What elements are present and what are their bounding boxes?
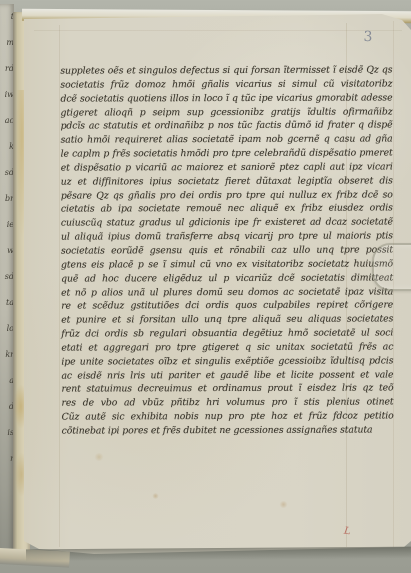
foxing-spot — [94, 453, 104, 461]
text-line: societatis eorũdẽ gsensu quis et rõnabil… — [61, 243, 393, 258]
text-line: gtigeret alioqñ p seipm sup gcessionibz … — [60, 105, 392, 120]
red-mark: L — [343, 526, 351, 538]
facing-page-edge: tmrdiwacksdbriewsdtalokradisr — [0, 4, 14, 556]
manuscript-page: 3 suppletes oẽs et singulos defectus si … — [24, 13, 411, 555]
text-block: suppletes oẽs et singulos defectus si qu… — [60, 63, 393, 438]
text-line: pdcĩs ac statutis et ordinañibz p nos tũ… — [61, 119, 393, 134]
text-line: et punire et si forsitan ullo unq tpre a… — [61, 313, 393, 328]
text-line: ul aliquã ipius domũ trañsferre absq vic… — [61, 230, 393, 245]
manuscript-photo: tmrdiwacksdbriewsdtalokradisr 3 supplete… — [0, 0, 411, 573]
text-line: pẽsare Qz qs gñalis pro dei ordis pro tp… — [61, 188, 393, 203]
text-line: ac eisdẽ nris lris uti pariter et gaudẽ … — [61, 368, 393, 383]
foxing-spot — [152, 493, 159, 499]
text-line: cuiuscũq statuz gradus ul gdicionis ipe … — [61, 216, 393, 231]
text-line: satio hmõi requireret alias societatẽ ip… — [61, 133, 393, 148]
folio-number: 3 — [358, 29, 379, 46]
text-line: dcẽ societatis quotiens illos in loco ĩ … — [60, 91, 392, 106]
text-line: ipe unite societates oĩbz et singulis ex… — [61, 354, 393, 369]
text-line: res de vbo ad vbũz pñtibz hri volumus pr… — [62, 396, 394, 411]
text-line: suppletes oẽs et singulos defectus si qu… — [60, 63, 392, 78]
foxing-spot — [279, 501, 288, 508]
text-line: Cũz autẽ sic exhibita nobis nup pro pte … — [62, 410, 394, 425]
text-line: gtens eis placẽ p se ĩ simul cũ vno ex v… — [61, 257, 393, 272]
text-line: etati et aggregari pro tpre gtigeret q s… — [61, 340, 393, 355]
text-line: et nõ p alios unã ul plures domũ seu dom… — [61, 285, 393, 300]
text-line: cõtinebat ipi pores et frẽs dubitet ne g… — [62, 423, 394, 438]
text-line: societatis frũz domoz hmõi gñalis vicari… — [60, 77, 392, 92]
text-line: uz et diffinitores ipius societatz fiere… — [61, 174, 393, 189]
text-line: quẽ ad hoc ducere eligẽduz ul p vicariũz… — [61, 271, 393, 286]
ruling-line-top — [34, 30, 402, 31]
text-line: re et scẽduz gstitutiões dci ordis quos … — [61, 299, 393, 314]
page-bottom-shadow — [26, 547, 411, 562]
facing-page-text-fragments: tmrdiwacksdbriewsdtalokradisr — [0, 4, 14, 472]
text-line: le caplm p frẽs societatis hmõdi pro tpr… — [61, 146, 393, 161]
text-line: cietatis ab ipa societate remouẽ nec ali… — [61, 202, 393, 217]
text-line: rent statuimus decreuimus et ordinamus p… — [61, 382, 393, 397]
page-holder-clip — [372, 243, 411, 291]
text-line: et dispẽsatio p vicariũ ac maiorez et sa… — [61, 160, 393, 175]
text-line: frũz dci ordis sb regulari obsuantia deg… — [61, 326, 393, 341]
